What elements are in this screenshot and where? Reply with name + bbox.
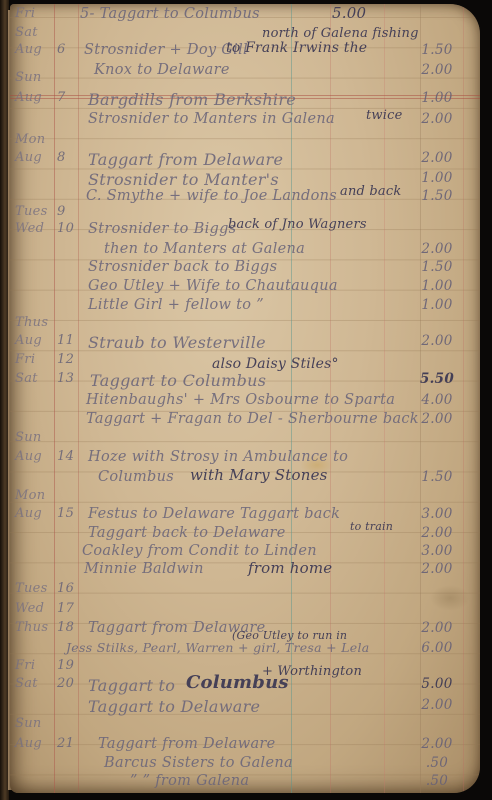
page-clip: Fri5- Taggart to ColumbusSatAug6Strosnid… [10, 4, 480, 793]
handwritten-annotation: 5.00 [332, 4, 366, 22]
handwritten-annotation: to train [350, 520, 393, 533]
handwritten-annotation: to Frank Irwins the [226, 40, 367, 56]
handwritten-annotation: and back [340, 184, 401, 199]
handwritten-annotation: north of Galena fishing [262, 26, 419, 41]
handwritten-annotation: back of Jno Wagners [228, 217, 367, 232]
ledger-page-photo: Fri5- Taggart to ColumbusSatAug6Strosnid… [0, 0, 492, 800]
handwritten-annotation: also Daisy Stiles° [212, 356, 339, 372]
handwritten-annotation: with Mary Stones [190, 466, 328, 484]
annotations-layer: 5.00north of Galena fishingto Frank Irwi… [10, 4, 480, 793]
handwritten-annotation: Columbus [186, 672, 289, 693]
handwritten-annotation: (Geo Utley to run in [232, 629, 347, 642]
handwritten-annotation: from home [248, 559, 332, 577]
page-content: Fri5- Taggart to ColumbusSatAug6Strosnid… [10, 4, 480, 793]
handwritten-annotation: twice [366, 108, 402, 123]
